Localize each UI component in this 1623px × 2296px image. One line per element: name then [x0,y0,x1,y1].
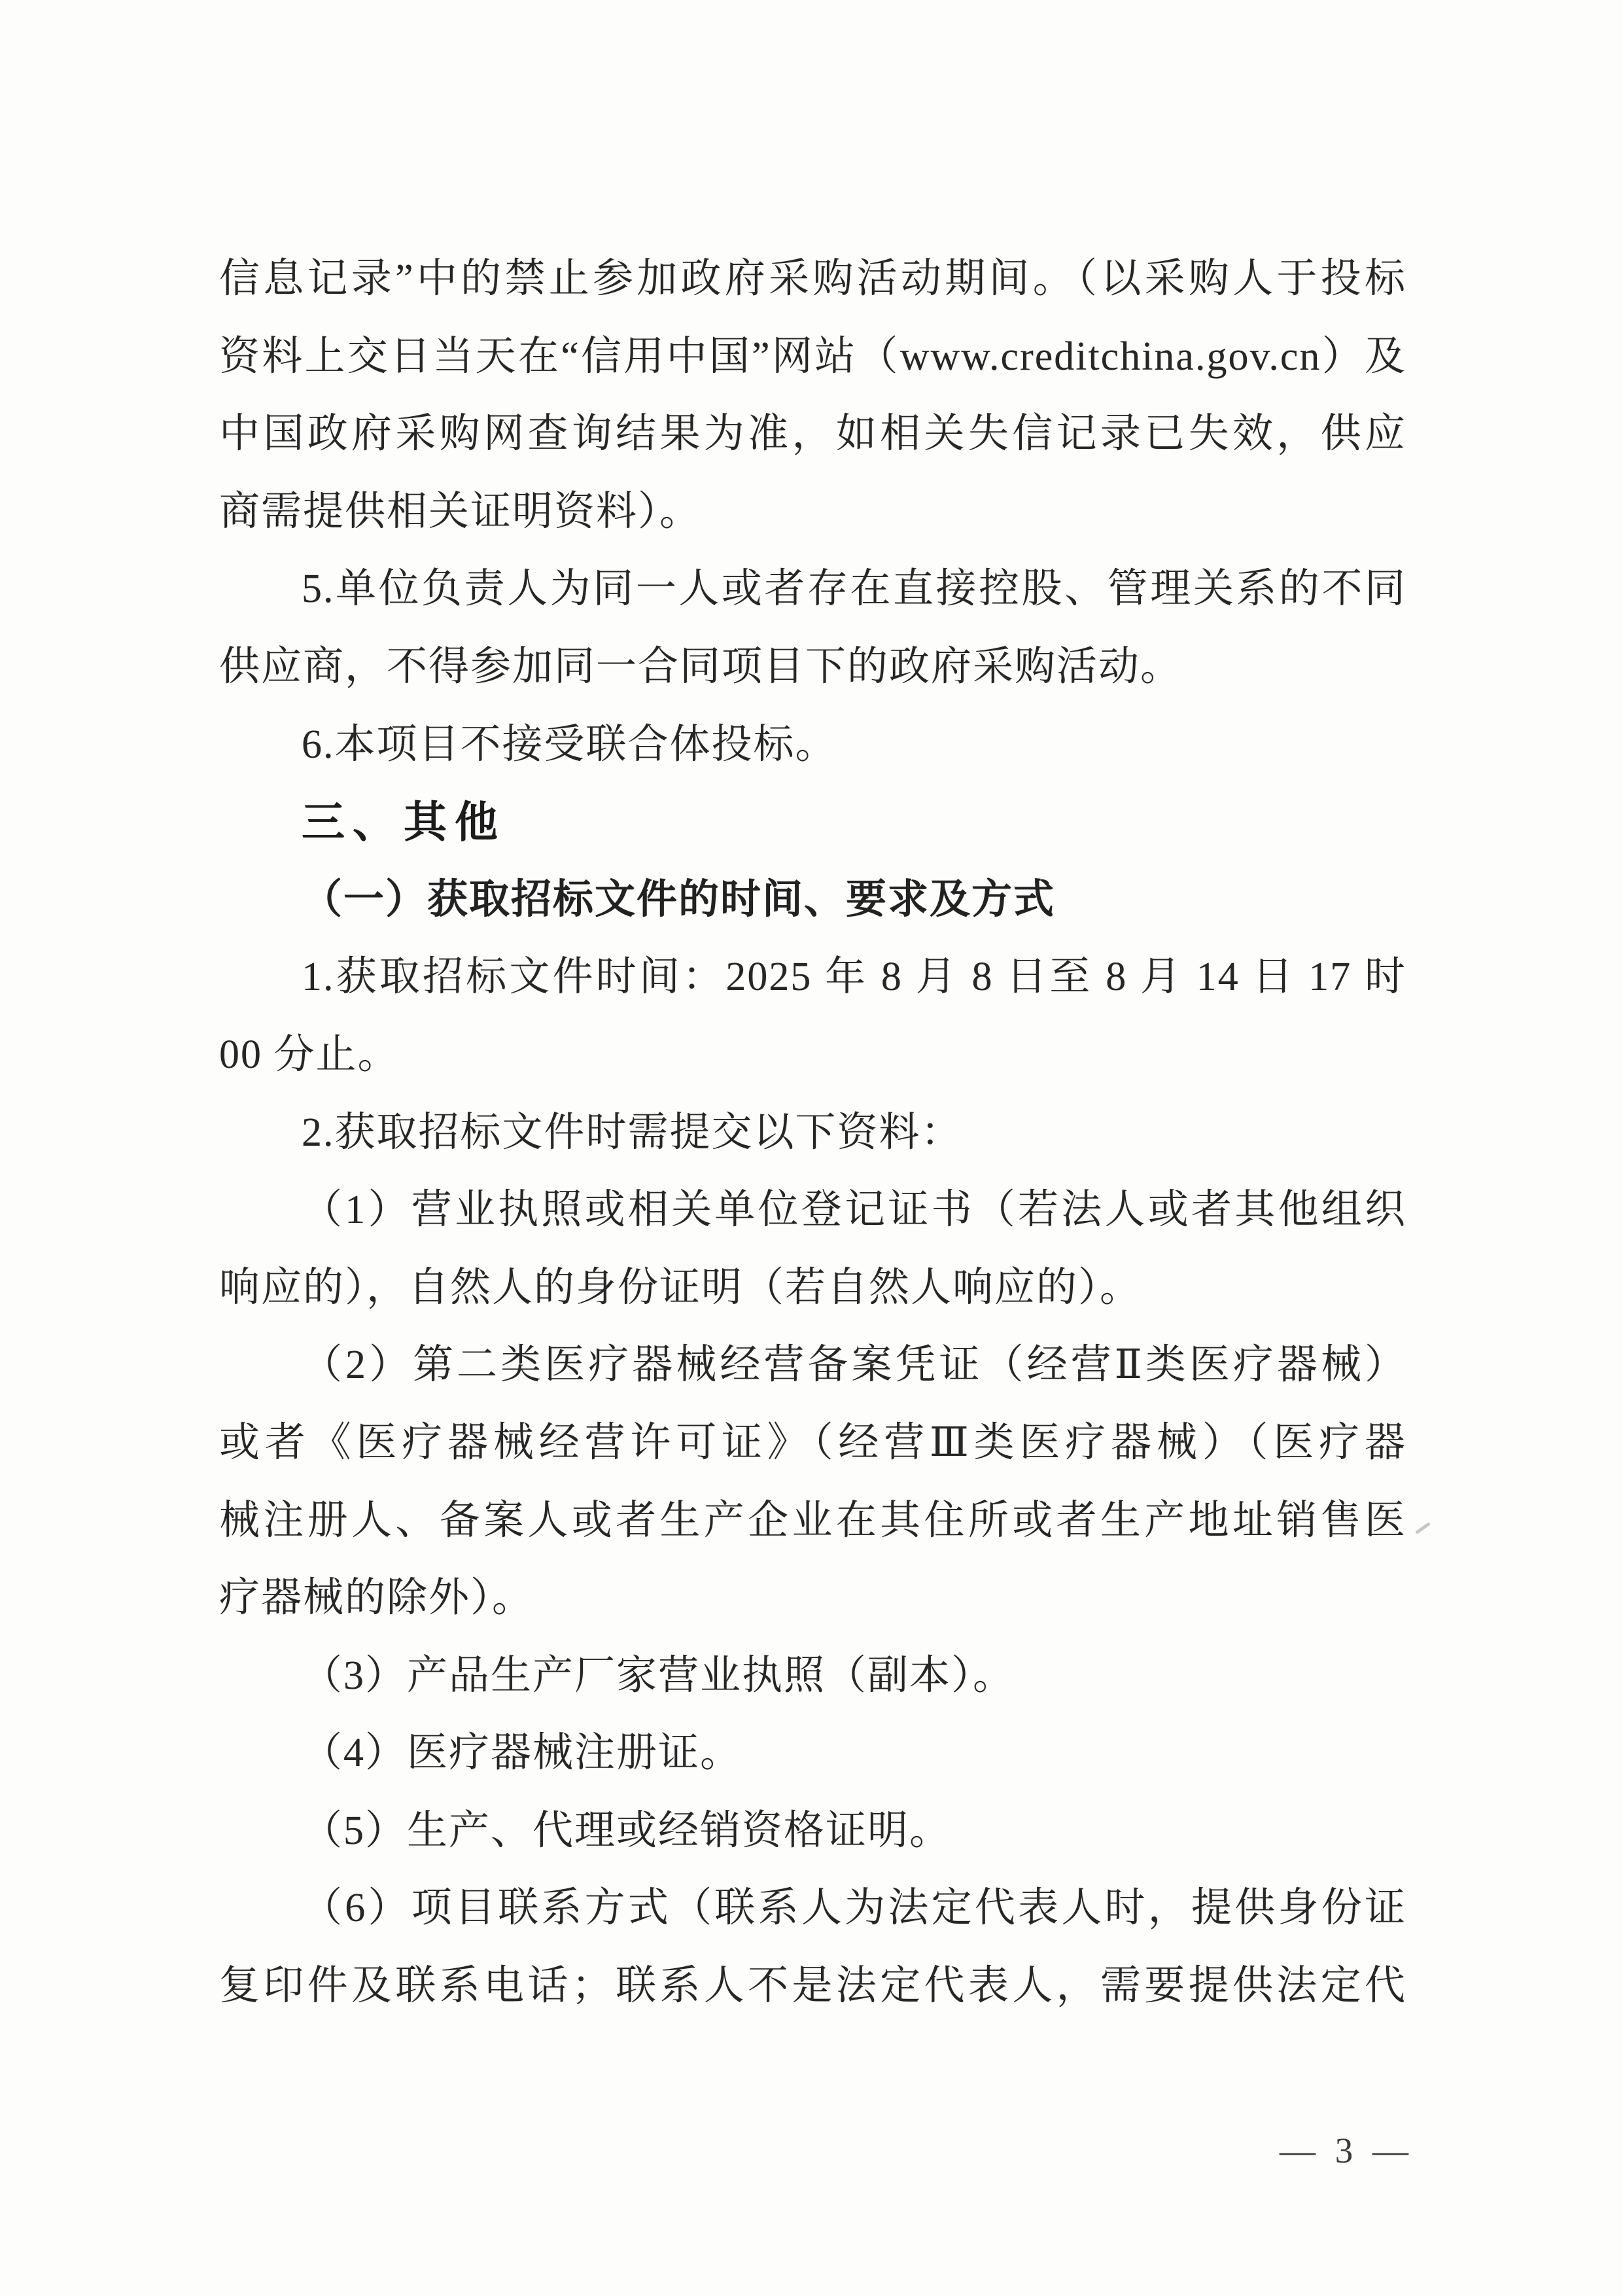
text-line: 6.本项目不接受联合体投标。 [219,706,1406,784]
text-line: 供应商，不得参加同一合同项目下的政府采购活动。 [219,628,1406,706]
text-line: （6）项目联系方式（联系人为法定代表人时，提供身份证 [219,1869,1406,1947]
text-line: 2.获取招标文件时需提交以下资料： [219,1094,1406,1172]
text-line: 或者《医疗器械经营许可证》（经营Ⅲ类医疗器械）（医疗器 [219,1404,1406,1482]
text-line: 中国政府采购网查询结果为准，如相关失信记录已失效，供应 [219,395,1406,473]
document-body: 信息记录”中的禁止参加政府采购活动期间。（以采购人于投标资料上交日当天在“信用中… [219,240,1406,2025]
text-line: （4）医疗器械注册证。 [219,1714,1406,1792]
text-line: 资料上交日当天在“信用中国”网站（www.creditchina.gov.cn）… [219,318,1406,396]
text-line: 信息记录”中的禁止参加政府采购活动期间。（以采购人于投标 [219,240,1406,318]
scan-artifact [1415,1522,1431,1534]
text-line: （2）第二类医疗器械经营备案凭证（经营Ⅱ类医疗器械） [219,1326,1406,1404]
text-line: 疗器械的除外）。 [219,1559,1406,1637]
text-line: （1）营业执照或相关单位登记证书（若法人或者其他组织 [219,1171,1406,1249]
text-line: 三、其他 [219,783,1406,861]
text-line: 00 分止。 [219,1016,1406,1094]
page-number: — 3 — [1280,2125,1414,2177]
text-line: 响应的），自然人的身份证明（若自然人响应的）。 [219,1249,1406,1327]
text-line: （5）生产、代理或经销资格证明。 [219,1792,1406,1870]
text-line: 械注册人、备案人或者生产企业在其住所或者生产地址销售医 [219,1482,1406,1560]
text-line: （3）产品生产厂家营业执照（副本）。 [219,1637,1406,1715]
text-line: 1.获取招标文件时间：2025 年 8 月 8 日至 8 月 14 日 17 时 [219,938,1406,1016]
text-line: 5.单位负责人为同一人或者存在直接控股、管理关系的不同 [219,550,1406,628]
text-line: （一）获取招标文件的时间、要求及方式 [219,861,1406,939]
text-line: 复印件及联系电话；联系人不是法定代表人，需要提供法定代 [219,1947,1406,2025]
document-page: 信息记录”中的禁止参加政府采购活动期间。（以采购人于投标资料上交日当天在“信用中… [0,0,1623,2296]
text-line: 商需提供相关证明资料）。 [219,473,1406,551]
